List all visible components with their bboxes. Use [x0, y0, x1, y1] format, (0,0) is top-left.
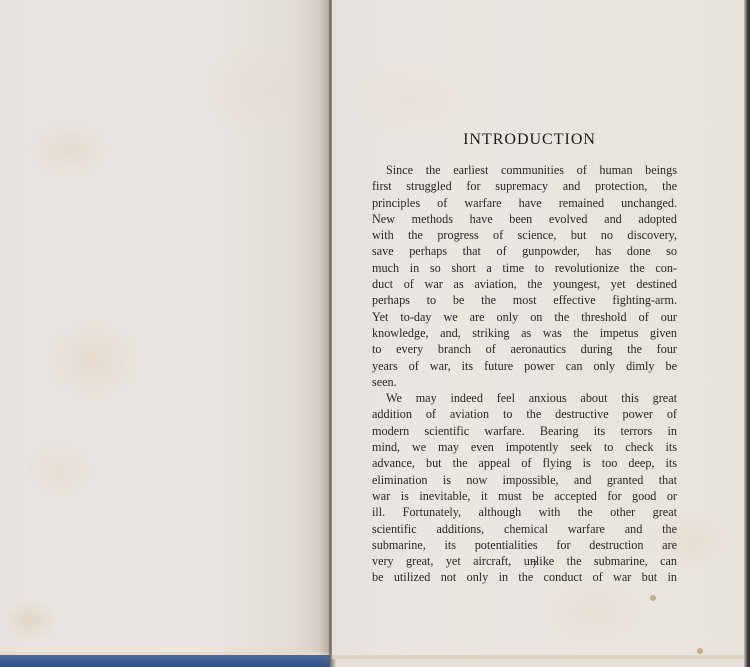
text-line: modern scientific warfare. Bearing its t… — [372, 423, 677, 439]
text-line: We may indeed feel anxious about this gr… — [372, 390, 677, 406]
foxing-spot — [697, 648, 703, 654]
text-line: perhaps to be the most effective fightin… — [372, 292, 677, 308]
text-line: Yet to-day we are only on the threshold … — [372, 309, 677, 325]
right-page: INTRODUCTION Since the earliest communit… — [332, 0, 744, 659]
left-page-blank — [0, 0, 330, 655]
book-spine-crease — [329, 0, 331, 667]
text-line: mind, we may even impotently seek to che… — [372, 439, 677, 455]
paragraph-2: We may indeed feel anxious about this gr… — [372, 390, 677, 586]
paragraph-1: Since the earliest communities of human … — [372, 162, 677, 390]
text-line: be utilized not only in the conduct of w… — [372, 569, 677, 585]
text-line: ill. Fortunately, although with the othe… — [372, 504, 677, 520]
text-line: Since the earliest communities of human … — [372, 162, 677, 178]
text-line: first struggled for supremacy and protec… — [372, 178, 677, 194]
chapter-heading: INTRODUCTION — [372, 131, 677, 149]
dark-background-edge — [744, 0, 750, 667]
page-text-block: INTRODUCTION Since the earliest communit… — [372, 131, 677, 586]
text-line: addition of aviation to the destructive … — [372, 406, 677, 422]
text-line: war is inevitable, it must be accepted f… — [372, 488, 677, 504]
text-line: submarine, its potentialities for destru… — [372, 537, 677, 553]
text-line: advance, but the appeal of flying is too… — [372, 455, 677, 471]
text-line: knowledge, and, striking as was the impe… — [372, 325, 677, 341]
text-line: save perhaps that of gunpowder, has done… — [372, 243, 677, 259]
text-line: principles of warfare have remained unch… — [372, 195, 677, 211]
open-book-photo: INTRODUCTION Since the earliest communit… — [0, 0, 750, 667]
text-line: years of war, its future power can only … — [372, 358, 677, 374]
text-line: duct of war as aviation, the youngest, y… — [372, 276, 677, 292]
text-line: to every branch of aeronautics during th… — [372, 341, 677, 357]
text-line: New methods have been evolved and adopte… — [372, 211, 677, 227]
page-number: 7 — [372, 559, 687, 571]
text-line: seen. — [372, 374, 677, 390]
foxing-spot — [650, 595, 656, 601]
blue-cloth-background — [0, 655, 330, 667]
text-line: scientific additions, chemical warfare a… — [372, 521, 677, 537]
text-line: with the progress of science, but no dis… — [372, 227, 677, 243]
text-line: elimination is now impossible, and grant… — [372, 472, 677, 488]
text-line: much in so short a time to revolutionize… — [372, 260, 677, 276]
